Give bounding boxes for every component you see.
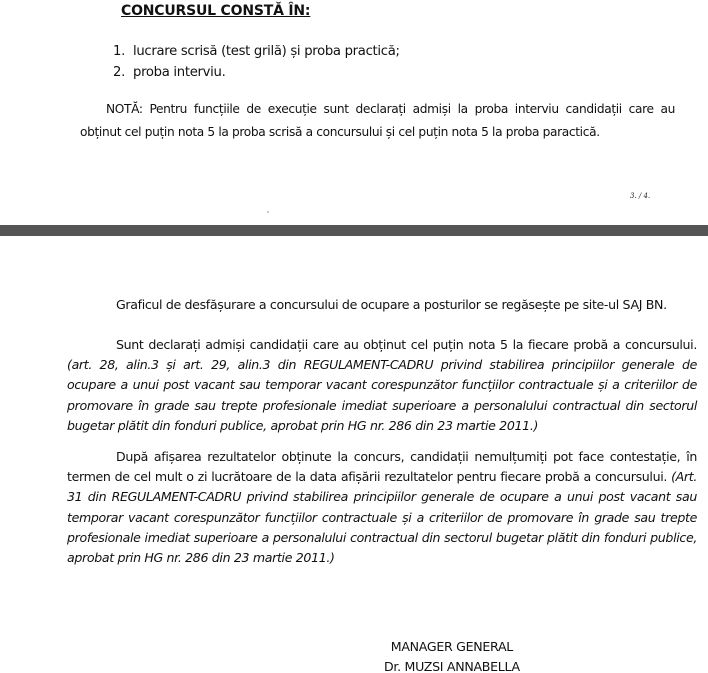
document-page-4: Graficul de desfășurare a concursului de…	[0, 236, 708, 673]
section-heading: CONCURSUL CONSTĂ ÎN:	[121, 3, 310, 19]
admission-text: Sunt declarați admiși candidații care au…	[116, 337, 697, 352]
document-page-3: CONCURSUL CONSTĂ ÎN: 1.lucrare scrisă (t…	[0, 0, 708, 225]
list-number: 1.	[113, 41, 133, 62]
page-number: 3. / 4.	[630, 192, 650, 200]
signature-title: MANAGER GENERAL	[384, 637, 520, 657]
list-item: 2.proba interviu.	[113, 62, 400, 83]
list-text: lucrare scrisă (test grilă) și proba pra…	[133, 44, 400, 59]
scan-speck	[267, 211, 269, 213]
contest-stages-list: 1.lucrare scrisă (test grilă) și proba p…	[113, 41, 400, 83]
schedule-text: Graficul de desfășurare a concursului de…	[116, 297, 667, 312]
signature-block: MANAGER GENERAL Dr. MUZSI ANNABELLA	[384, 637, 520, 673]
schedule-paragraph: Graficul de desfășurare a concursului de…	[67, 295, 697, 315]
list-text: proba interviu.	[133, 65, 225, 80]
signature-name: Dr. MUZSI ANNABELLA	[384, 657, 520, 673]
admission-citation: (art. 28, alin.3 și art. 29, alin.3 din …	[67, 357, 697, 433]
admission-paragraph: Sunt declarați admiși candidații care au…	[67, 335, 697, 436]
list-number: 2.	[113, 62, 133, 83]
appeal-paragraph: După afișarea rezultatelor obținute la c…	[67, 447, 697, 568]
note-paragraph: NOTĂ: Pentru funcțiile de execuție sunt …	[80, 98, 675, 144]
list-item: 1.lucrare scrisă (test grilă) și proba p…	[113, 41, 400, 62]
page-separator	[0, 225, 708, 236]
appeal-text: După afișarea rezultatelor obținute la c…	[67, 449, 697, 484]
note-text: NOTĂ: Pentru funcțiile de execuție sunt …	[80, 102, 675, 139]
